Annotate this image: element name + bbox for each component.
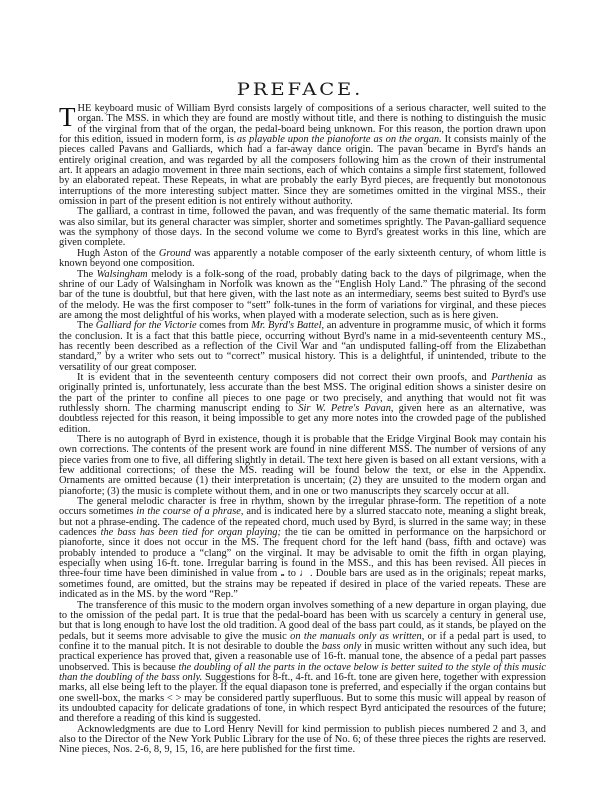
text-run: The galliard, a contrast in time, follow… xyxy=(59,206,546,248)
paragraph: Acknowledgments are due to Lord Henry Ne… xyxy=(59,725,546,756)
paragraph: The Galliard for the Victorie comes from… xyxy=(59,321,546,373)
preface-body: THE keyboard music of William Byrd consi… xyxy=(59,104,546,756)
text-run: The xyxy=(77,320,96,331)
paragraph: The general melodic character is free in… xyxy=(59,497,546,600)
paragraph: The Walsingham melody is a folk-song of … xyxy=(59,270,546,322)
italic-text: Walsingham xyxy=(97,269,148,280)
paragraph: The galliard, a contrast in time, follow… xyxy=(59,207,546,248)
paragraph: There is no autograph of Byrd in existen… xyxy=(59,435,546,497)
page-title: PREFACE. xyxy=(0,80,600,100)
text-run: Hugh Aston of the xyxy=(77,248,159,259)
italic-text: the bass has been tied for organ playing… xyxy=(101,527,281,538)
text-run: The xyxy=(77,269,97,280)
paragraph: THE keyboard music of William Byrd consi… xyxy=(59,104,546,207)
italic-text: Ground xyxy=(159,248,191,259)
italic-text: Mr. Byrd's Battel xyxy=(251,320,321,331)
italic-text: Sir W. Petre's Pavan xyxy=(298,403,391,414)
text-run: the tie can be omitted in performance on… xyxy=(59,527,546,600)
paragraph: Hugh Aston of the Ground was apparently … xyxy=(59,249,546,270)
document-page: PREFACE. THE keyboard music of William B… xyxy=(0,0,600,800)
text-run: It is evident that in the seventeenth ce… xyxy=(77,372,491,383)
paragraph: It is evident that in the seventeenth ce… xyxy=(59,373,546,435)
paragraph: The transference of this music to the mo… xyxy=(59,601,546,725)
italic-text: Galliard for the Victorie xyxy=(96,320,197,331)
text-run: comes from xyxy=(197,320,252,331)
italic-text: on the manuals only as written xyxy=(290,631,422,642)
italic-text: bass only xyxy=(322,641,361,652)
text-run: It consists mainly of the pieces called … xyxy=(59,134,546,207)
drop-cap: T xyxy=(59,107,76,127)
text-run: Acknowledgments are due to Lord Henry Ne… xyxy=(59,724,546,756)
text-run: There is no autograph of Byrd in existen… xyxy=(59,434,546,497)
italic-text: in the course of a phrase xyxy=(136,506,241,517)
italic-text: as playable upon the pianoforte as on th… xyxy=(237,134,442,145)
italic-text: Parthenia xyxy=(491,372,533,383)
